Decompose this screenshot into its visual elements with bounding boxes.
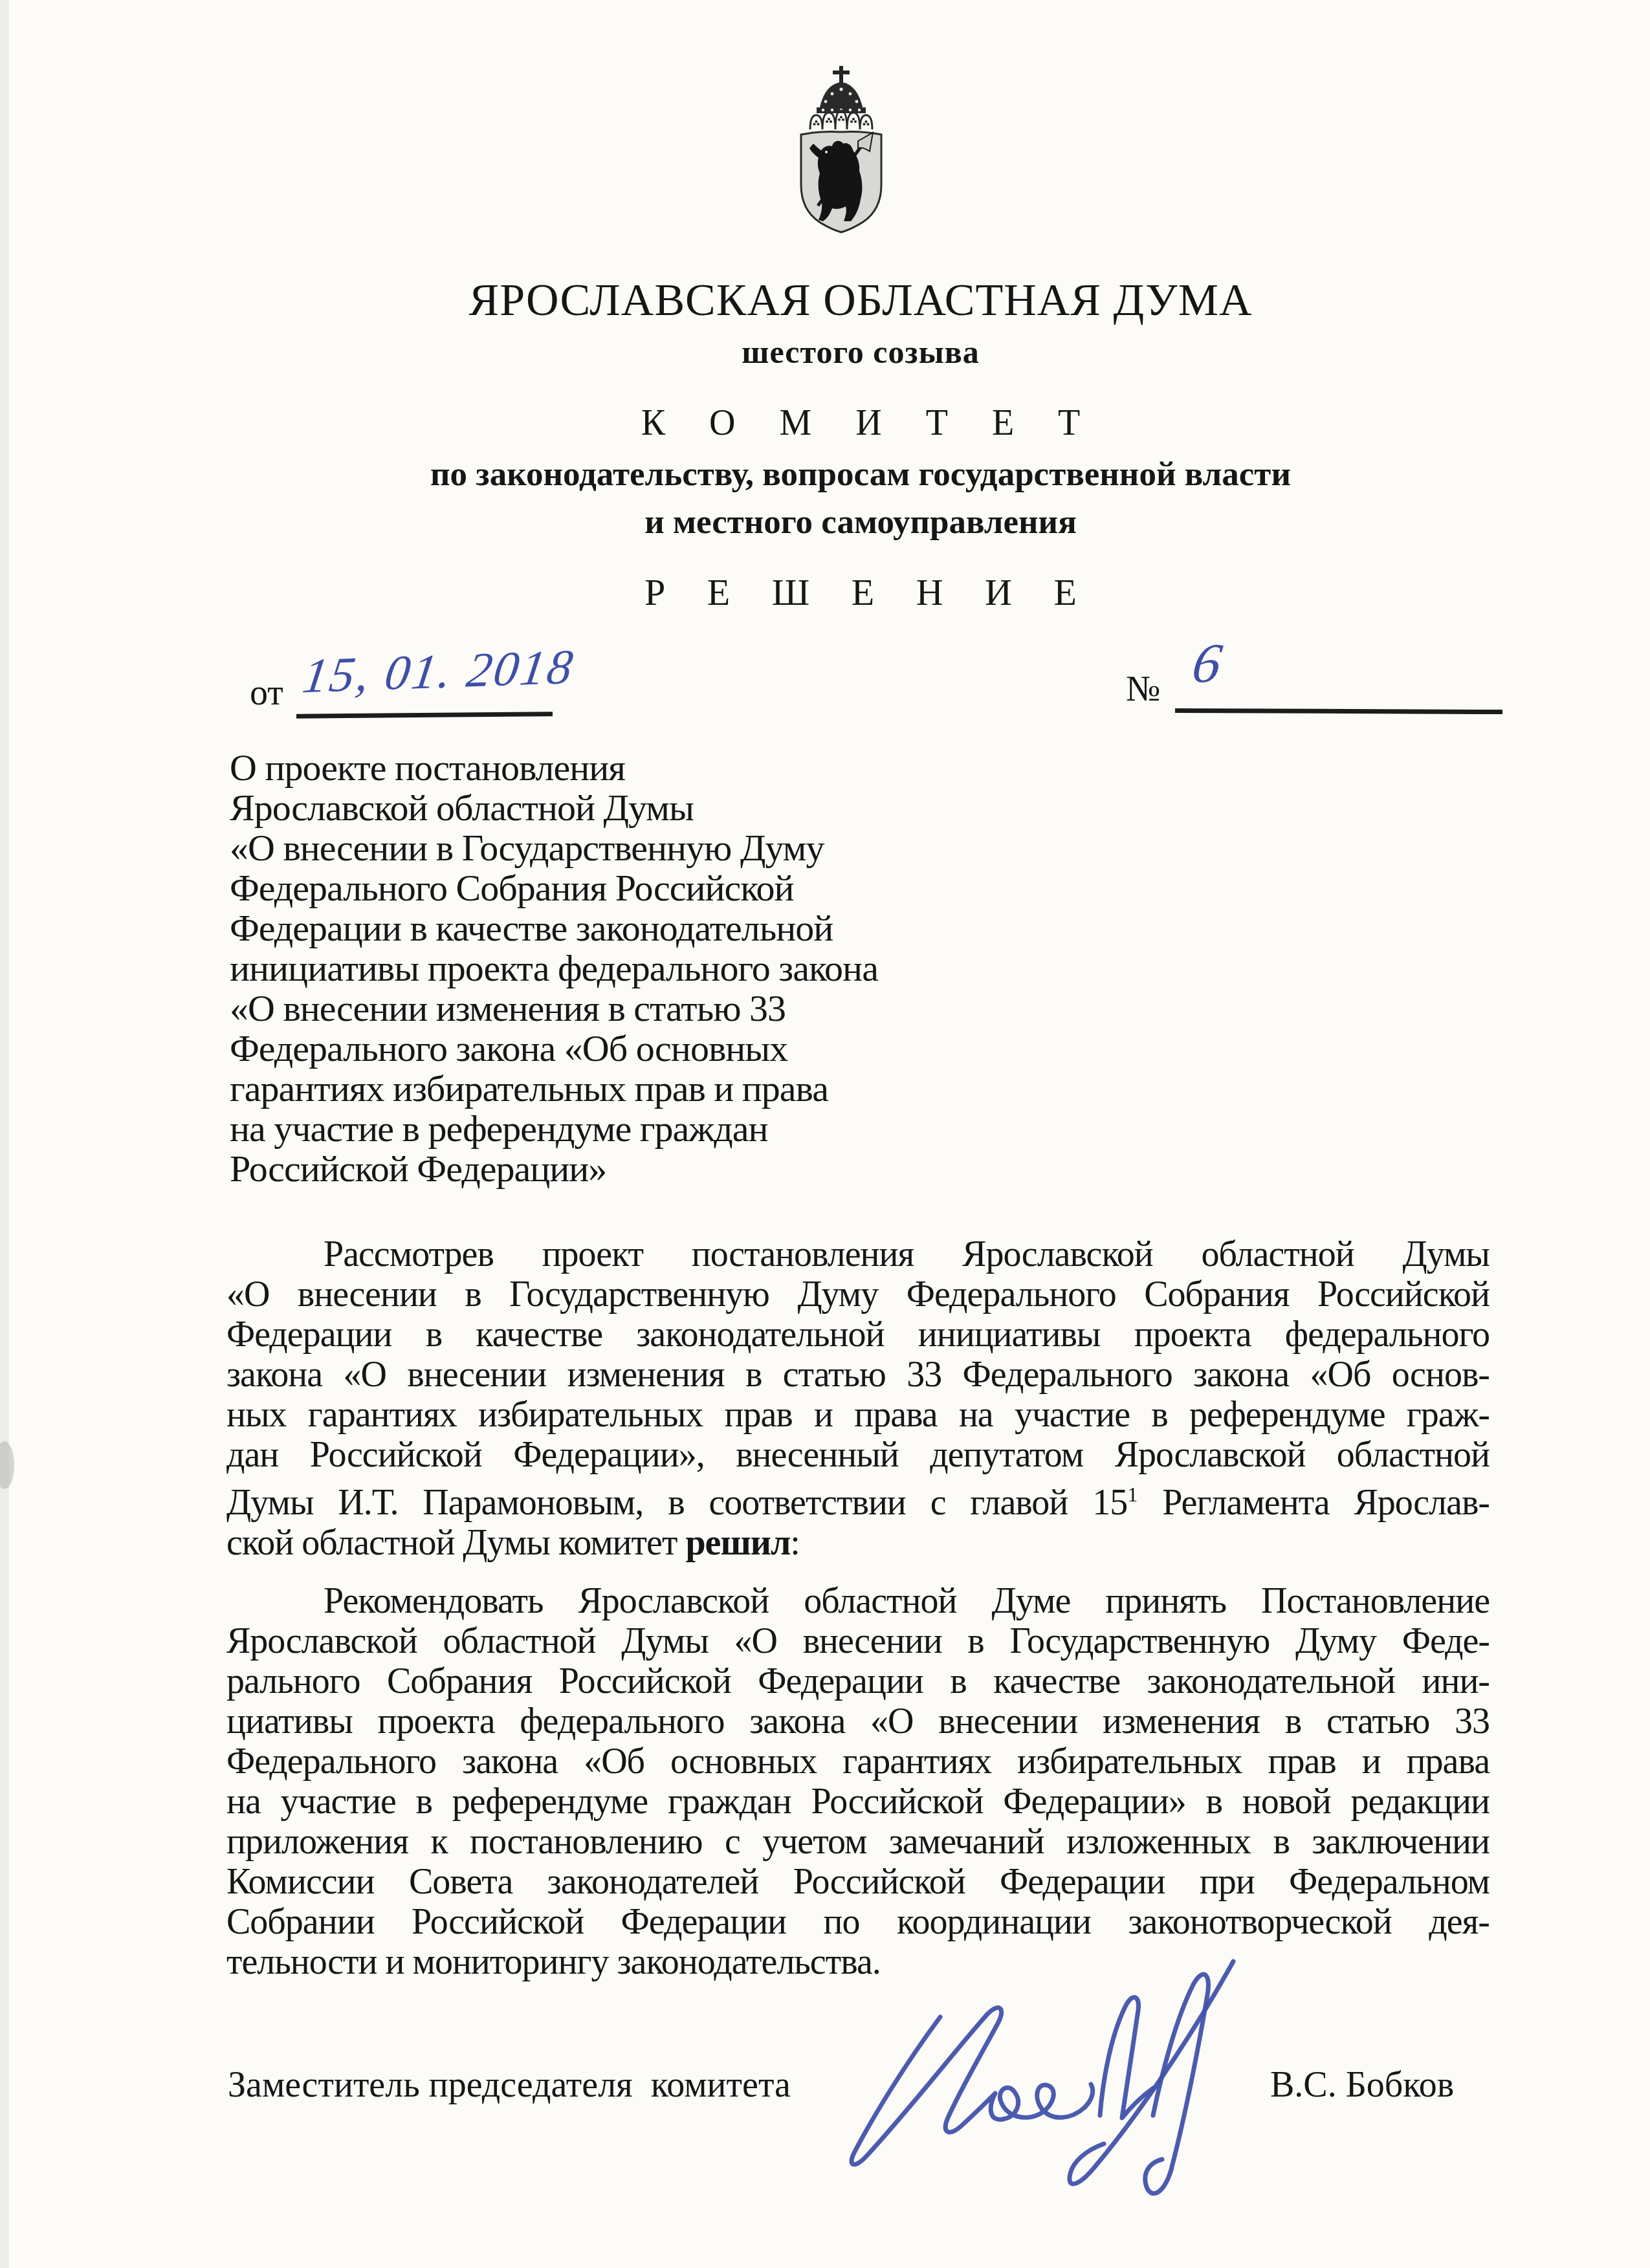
yaroslavl-coat-of-arms-icon — [791, 65, 892, 235]
signature-stroke — [852, 2008, 1093, 2164]
number-underline — [1175, 708, 1502, 714]
line-text: : — [790, 1523, 800, 1563]
date-label: от — [250, 673, 283, 713]
body-line: ных гарантиях избирательных прав и права… — [226, 1395, 1490, 1435]
body-line: Рассмотрев проект постановления Ярославс… — [226, 1234, 1490, 1274]
body-line: циативы проекта федерального закона «О в… — [226, 1701, 1490, 1741]
superscript-one: 1 — [1127, 1483, 1138, 1507]
body-line: Рекомендовать Ярославской областной Думе… — [226, 1581, 1490, 1621]
line-text: Регламента Ярослав- — [1138, 1483, 1490, 1523]
date-underline — [296, 712, 553, 718]
signer-name: В.С. Бобков — [1270, 2065, 1454, 2105]
body-line: Федерального закона «Об основных гаранти… — [226, 1741, 1490, 1782]
body-line: рального Собрания Российской Федерации в… — [226, 1661, 1490, 1701]
number-handwritten-value: 6 — [1189, 633, 1228, 693]
subject-line: Федерации в качестве законодательной — [230, 908, 1168, 948]
body-line: на участие в референдуме граждан Российс… — [226, 1782, 1490, 1822]
scan-smudge-artifact — [0, 1441, 14, 1489]
subject-line: Ярославской областной Думы — [230, 788, 1168, 828]
subject-block: О проекте постановления Ярославской обла… — [230, 748, 1168, 1189]
committee-desc-line1: по законодательству, вопросам государств… — [220, 455, 1501, 494]
committee-title: К О М И Т Е Т — [220, 402, 1501, 444]
body-line: приложения к постановлению с учетом заме… — [226, 1822, 1490, 1862]
body-line: Федерации в качестве законодательной ини… — [226, 1314, 1490, 1355]
body-line: «О внесении в Государственную Думу Федер… — [226, 1274, 1490, 1314]
subject-line: О проекте постановления — [230, 748, 1168, 788]
subject-line: инициативы проекта федерального закона — [230, 948, 1168, 988]
body-line: закона «О внесении изменения в статью 33… — [226, 1355, 1490, 1395]
body-line: Комиссии Совета законодателей Российской… — [226, 1862, 1490, 1902]
document-type-title: Р Е Ш Е Н И Е — [220, 572, 1501, 613]
org-name: ЯРОСЛАВСКАЯ ОБЛАСТНАЯ ДУМА — [220, 275, 1501, 327]
subject-line: Федерального закона «Об основных — [230, 1029, 1168, 1069]
signer-position: Заместитель председателя комитета — [228, 2065, 791, 2105]
handwritten-signature-icon — [814, 1955, 1288, 2208]
convocation: шестого созыва — [220, 334, 1501, 370]
subject-line: «О внесении в Государственную Думу — [230, 828, 1168, 868]
subject-line: «О внесении изменения в статью 33 — [230, 988, 1168, 1029]
scanned-document-page: ЯРОСЛАВСКАЯ ОБЛАСТНАЯ ДУМА шестого созыв… — [0, 0, 1650, 2268]
paragraph-considered: Рассмотрев проект постановления Ярославс… — [226, 1234, 1490, 1563]
resolved-keyword: решил — [685, 1523, 790, 1563]
subject-line: Российской Федерации» — [230, 1149, 1168, 1189]
imperial-crown — [810, 66, 872, 129]
body-line: дан Российской Федерации», внесенный деп… — [226, 1435, 1490, 1475]
number-label: № — [1126, 669, 1160, 709]
subject-line: гарантиях избирательных прав и права — [230, 1069, 1168, 1109]
committee-desc-line2: и местного самоуправления — [220, 503, 1501, 541]
body-line-with-superscript: Думы И.Т. Парамоновым, в соответствии с … — [226, 1475, 1490, 1523]
paragraph-recommendation: Рекомендовать Ярославской областной Думе… — [226, 1581, 1490, 1982]
body-line-with-bold: ской областной Думы комитет решил: — [226, 1523, 1490, 1563]
line-text: ской областной Думы комитет — [226, 1523, 685, 1563]
subject-line: на участие в референдуме граждан — [230, 1109, 1168, 1149]
line-text: Думы И.Т. Парамоновым, в соответствии с … — [226, 1483, 1127, 1523]
body-line: Ярославской областной Думы «О внесении в… — [226, 1621, 1490, 1661]
body-line: Собрании Российской Федерации по координ… — [226, 1902, 1490, 1942]
subject-line: Федерального Собрания Российской — [230, 868, 1168, 908]
date-handwritten-value: 15, 01. 2018 — [300, 641, 578, 702]
scanner-edge-artifact — [0, 0, 9, 2268]
